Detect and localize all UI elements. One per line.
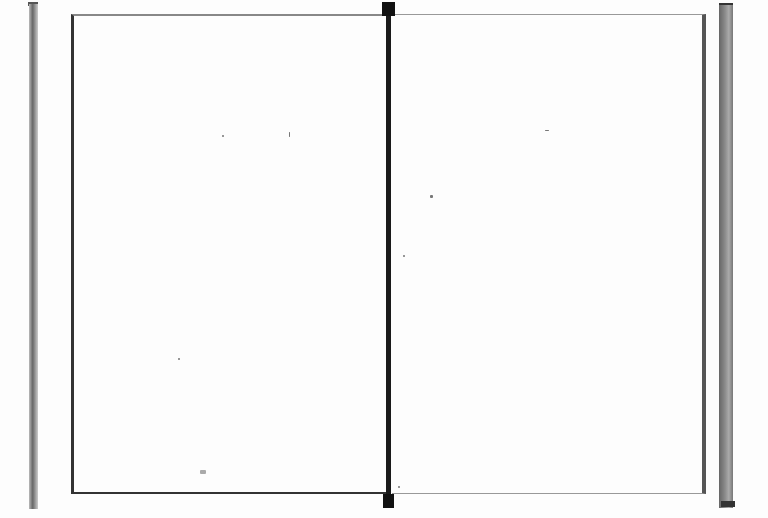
paper-speck bbox=[430, 195, 433, 198]
book-spine bbox=[386, 8, 391, 508]
right-book-edge bbox=[719, 5, 733, 508]
paper-speck bbox=[222, 135, 224, 137]
left-page bbox=[71, 14, 386, 494]
right-book-edge-foot bbox=[721, 501, 735, 507]
paper-speck bbox=[398, 486, 400, 488]
paper-speck bbox=[403, 255, 405, 257]
left-book-edge bbox=[29, 4, 38, 509]
paper-speck bbox=[545, 130, 549, 131]
paper-speck bbox=[289, 132, 290, 137]
top-clip bbox=[382, 2, 395, 16]
scanned-book-spread bbox=[0, 0, 768, 518]
paper-speck bbox=[200, 470, 206, 474]
bottom-clip bbox=[383, 494, 394, 508]
right-page bbox=[392, 14, 706, 494]
paper-speck bbox=[178, 358, 180, 360]
